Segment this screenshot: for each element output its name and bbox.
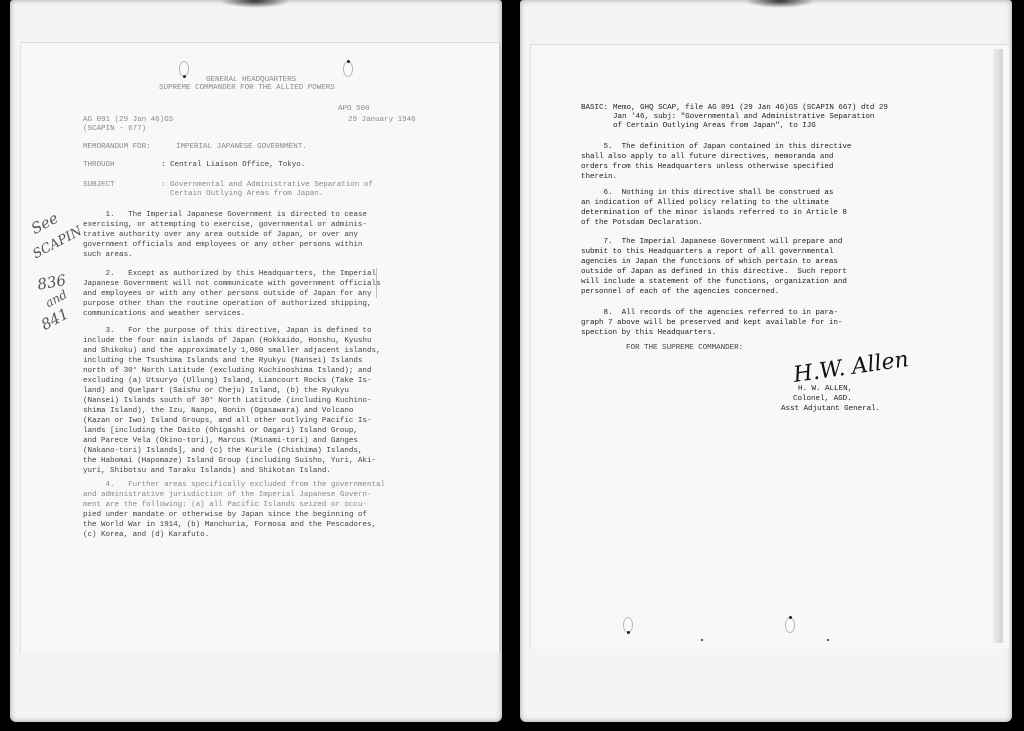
right-scan-sheet: BASIC: Memo, GHQ SCAP, file AG 091 (29 J… [520,0,1012,722]
basic-reference-line: of Certain Outlying Areas from Japan", t… [613,121,816,131]
text-line: therein. [581,172,617,182]
text-line: determination of the minor islands refer… [581,208,847,218]
text-line: excluding (a) Utsuryo (Ullung) Island, L… [83,376,371,386]
text-line: the Habomai (Hapomaze) Island Group (inc… [83,456,376,466]
text-line: Japanese Government will not communicate… [83,279,380,289]
letterhead-line-2: SUPREME COMMANDER FOR THE ALLIED POWERS [159,83,335,93]
document-date: 29 January 1946 [348,115,416,125]
text-line: (c) Korea, and (d) Karafuto. [83,530,209,540]
text-line: graph 7 above will be preserved and kept… [581,318,842,328]
text-line: government officials and employees or an… [83,240,362,250]
text-line: 6. Nothing in this directive shall be co… [581,188,833,198]
document-page-2: BASIC: Memo, GHQ SCAP, file AG 091 (29 J… [530,44,1009,649]
signatory-name: H. W. ALLEN, [798,384,852,394]
scan-speck [701,639,703,641]
text-line: and employees or with any other persons … [83,289,371,299]
punch-hole-icon [623,617,633,633]
closing-line: FOR THE SUPREME COMMANDER: [626,343,743,353]
text-line: 5. The definition of Japan contained in … [581,142,851,152]
through-label: THROUGH [83,160,115,170]
punch-hole-icon [179,61,189,77]
text-line: of the Potsdam Declaration. [581,218,703,228]
subject-label: SUBJECT [83,180,115,190]
text-line: (Kazan or Iwo) Island Groups, and all ot… [83,416,371,426]
text-line: ment are the following: (a) all Pacific … [83,500,367,510]
text-line: and Shikoku) and the approximately 1,000… [83,346,380,356]
text-line: agencies in Japan the functions of which… [581,257,838,267]
subject-line-2: Certain Outlying Areas from Japan. [161,189,323,199]
punch-hole-icon [343,61,353,77]
text-line: the World War in 1914, (b) Manchuria, Fo… [83,520,376,530]
text-line: pied under mandate or otherwise by Japan… [83,510,367,520]
text-line: 3. For the purpose of this directive, Ja… [83,326,371,336]
text-line: north of 30° North Latitude (excluding K… [83,366,371,376]
text-line: (Nansei) Islands south of 30° North Lati… [83,396,371,406]
signatory-rank: Colonel, AGD. [793,394,852,404]
text-line: include the four main islands of Japan (… [83,336,371,346]
text-line: land) and Quelpart (Saishu or Cheju) Isl… [83,386,349,396]
text-line: personnel of each of the agencies concer… [581,287,779,297]
scan-shadow [745,0,815,8]
text-line: communications and weather services. [83,309,245,319]
scapin-number: (SCAPIN - 677) [83,124,146,134]
document-page-1: GENERAL HEADQUARTERS SUPREME COMMANDER F… [20,42,502,653]
text-line: and Parece Vela (Okino-tori), Marcus (Mi… [83,436,358,446]
text-line: exercising, or attempting to exercise, g… [83,220,367,230]
text-line: yuri, Shibotsu and Taraku Islands) and S… [83,466,331,476]
text-line: (Nakano-tori) Islands], and (c) the Kuri… [83,446,362,456]
text-line: spection by this Headquarters. [581,328,716,338]
through-value: : Central Liaison Office, Tokyo. [161,160,305,170]
scan-shadow [220,0,290,8]
scan-speck [827,639,829,641]
text-line: orders from this Headquarters unless oth… [581,162,833,172]
basic-label: BASIC: [581,103,608,113]
text-line: 8. All records of the agencies referred … [581,308,838,318]
signatory-title: Asst Adjutant General. [781,404,880,414]
apo-number: APO 500 [338,104,370,114]
memo-for-label: MEMORANDUM FOR: [83,142,151,152]
text-line: will include a statement of the function… [581,277,847,287]
handwritten-signature: H.W. Allen [792,347,910,388]
text-line: outside of Japan as defined in this dire… [581,267,847,277]
text-line: 1. The Imperial Japanese Government is d… [83,210,367,220]
memo-for-value: IMPERIAL JAPANESE GOVERNMENT. [176,142,307,152]
text-line: such areas. [83,250,133,260]
punch-hole-icon [785,617,795,633]
text-line: shall also apply to all future directive… [581,152,833,162]
text-line: lands [including the Daito (Ohigashi or … [83,426,358,436]
text-line: submit to this Headquarters a report of … [581,247,833,257]
left-scan-sheet: GENERAL HEADQUARTERS SUPREME COMMANDER F… [10,0,502,722]
text-line: 7. The Imperial Japanese Government will… [581,237,842,247]
text-line: including the Tsushima Islands and the R… [83,356,362,366]
text-line: trative authority over any area outside … [83,230,358,240]
text-line: 4. Further areas specifically excluded f… [83,480,385,490]
text-line: 2. Except as authorized by this Headquar… [83,269,376,279]
page-curl-edge [993,49,1003,643]
text-line: an indication of Allied policy relating … [581,198,829,208]
text-line: purpose other than the routine operation… [83,299,371,309]
scan-artifact [376,268,377,298]
text-line: and administrative jurisdiction of the I… [83,490,371,500]
text-line: shima Island), the Izu, Nanpo, Bonin (Og… [83,406,353,416]
